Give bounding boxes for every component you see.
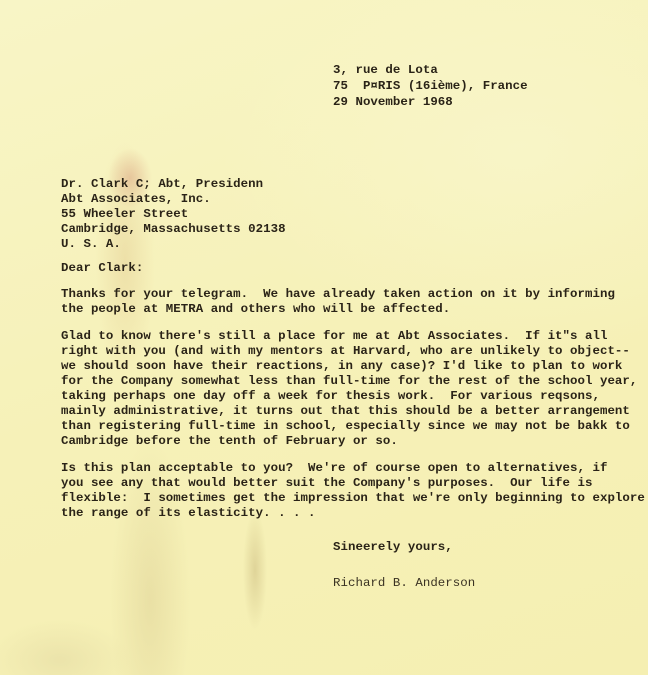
paragraph-line: Thanks for your telegram. We have alread… [61, 286, 615, 302]
paragraph-line: mainly administrative, it turns out that… [61, 403, 630, 419]
return-address-city: 75 P¤RIS (16ième), France [333, 78, 528, 94]
recipient-company: Abt Associates, Inc. [61, 191, 211, 207]
recipient-country: U. S. A. [61, 236, 121, 252]
paragraph-line: the range of its elasticity. . . . [61, 505, 316, 521]
recipient-street: 55 Wheeler Street [61, 206, 188, 222]
paragraph-line: Glad to know there's still a place for m… [61, 328, 607, 344]
letter-date: 29 November 1968 [333, 94, 453, 110]
recipient-name: Dr. Clark C; Abt, Presidenn [61, 176, 263, 192]
paragraph-line: taking perhaps one day off a week for th… [61, 388, 600, 404]
paragraph-line: you see any that would better suit the C… [61, 475, 592, 491]
paragraph-line: Cambridge before the tenth of February o… [61, 433, 398, 449]
paragraph-line: than registering full-time in school, es… [61, 418, 630, 434]
salutation: Dear Clark: [61, 260, 143, 276]
paragraph-line: we should soon have their reactions, in … [61, 358, 622, 374]
closing: Sineerely yours, [333, 539, 453, 555]
signature-name: Richard B. Anderson [333, 575, 475, 591]
paragraph-line: flexible: I sometimes get the impression… [61, 490, 645, 506]
paragraph-line: for the Company somewhat less than full-… [61, 373, 637, 389]
paragraph-line: Is this plan acceptable to you? We're of… [61, 460, 607, 476]
return-address-street: 3, rue de Lota [333, 62, 438, 78]
paragraph-line: right with you (and with my mentors at H… [61, 343, 630, 359]
recipient-city: Cambridge, Massachusetts 02138 [61, 221, 286, 237]
paragraph-line: the people at METRA and others who will … [61, 301, 450, 317]
